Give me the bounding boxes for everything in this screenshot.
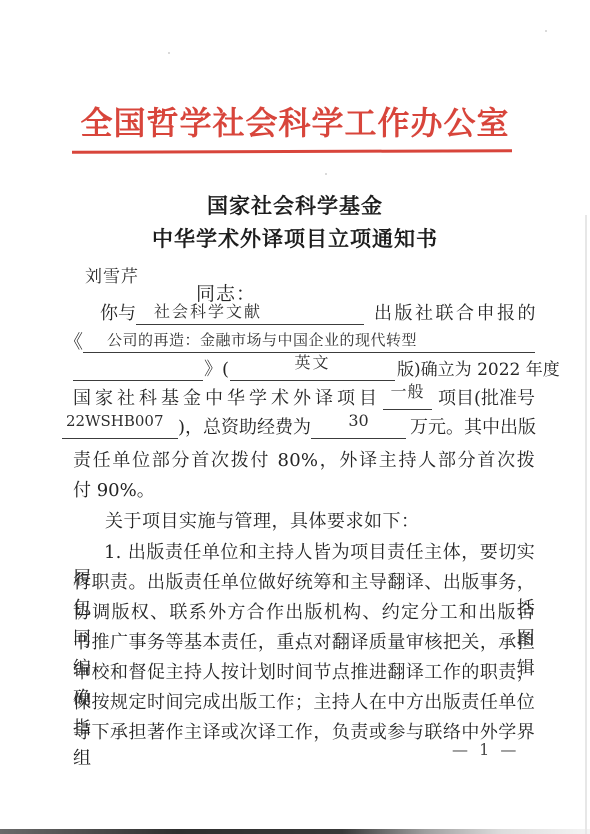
- requirements-intro: 关于项目实施与管理，具体要求如下：: [105, 507, 420, 533]
- letterhead-divider-rule: [72, 149, 512, 154]
- grant-mid-text: )，总资助经费为: [178, 417, 311, 439]
- publisher-fill: 社会科学文献: [154, 301, 262, 323]
- form-line-category: 国家社科基金中华学术外译项目 一般 项目(批准号: [73, 388, 535, 410]
- book-close-quote: 》(: [204, 359, 229, 381]
- publisher-lead-text: 你与: [100, 303, 136, 325]
- project-tail-text: 项目(批准号: [438, 388, 535, 410]
- form-line-grant: 22WSHB007 )，总资助经费为 30 万元。其中出版: [62, 417, 537, 439]
- doc-title-line1: 国家社会科学基金: [0, 190, 590, 220]
- grant-tail-text: 万元。其中出版: [410, 417, 536, 439]
- language-blank: 英文: [230, 360, 395, 381]
- category-blank: 一般: [383, 389, 432, 410]
- language-fill: 英文: [295, 352, 331, 374]
- book-title-fill: 公司的再造：金融市场与中国企业的现代转型: [107, 329, 417, 351]
- year-tail-text: 版)确立为 2022 年度: [397, 359, 560, 381]
- form-line-book-title: 《 公司的再造：金融市场与中国企业的现代转型: [64, 331, 535, 353]
- project-lead-text: 国家社科基金中华学术外译项目: [73, 388, 381, 410]
- category-fill: 一般: [390, 381, 424, 403]
- book-title-blank: 公司的再造：金融市场与中国企业的现代转型: [83, 332, 535, 353]
- form-line-publisher: 你与 社会科学文献 出版社联合申报的: [100, 303, 535, 325]
- recipient-name-fill: 刘雪芹: [85, 262, 139, 287]
- publisher-tail-text: 出版社联合申报的: [374, 303, 538, 325]
- doc-title-line2: 中华学术外译项目立项通知书: [0, 223, 590, 253]
- payment-line-2: 付 90%。: [73, 476, 155, 502]
- scan-dust-speck: [545, 30, 547, 32]
- approval-no-fill: 22WSHB007: [66, 410, 164, 432]
- issuing-org-title: 全国哲学社会科学工作办公室: [0, 98, 590, 144]
- form-line-language: 》( 英文 版)确立为 2022 年度: [73, 359, 543, 381]
- amount-fill: 30: [348, 410, 368, 432]
- scan-dust-speck: [168, 52, 170, 54]
- book-open-quote: 《: [64, 331, 83, 353]
- amount-blank: 30: [311, 418, 406, 439]
- publisher-blank: 社会科学文献: [136, 304, 364, 325]
- scan-right-edge: [585, 215, 587, 834]
- payment-line-1: 责任单位部分首次拨付 80%，外译主持人部分首次拨: [73, 446, 535, 472]
- empty-blank: [73, 360, 203, 381]
- scan-dust-speck: [325, 173, 327, 175]
- approval-no-blank: 22WSHB007: [62, 418, 178, 439]
- scan-bottom-edge: [0, 829, 590, 834]
- page-number: — 1 —: [452, 740, 519, 759]
